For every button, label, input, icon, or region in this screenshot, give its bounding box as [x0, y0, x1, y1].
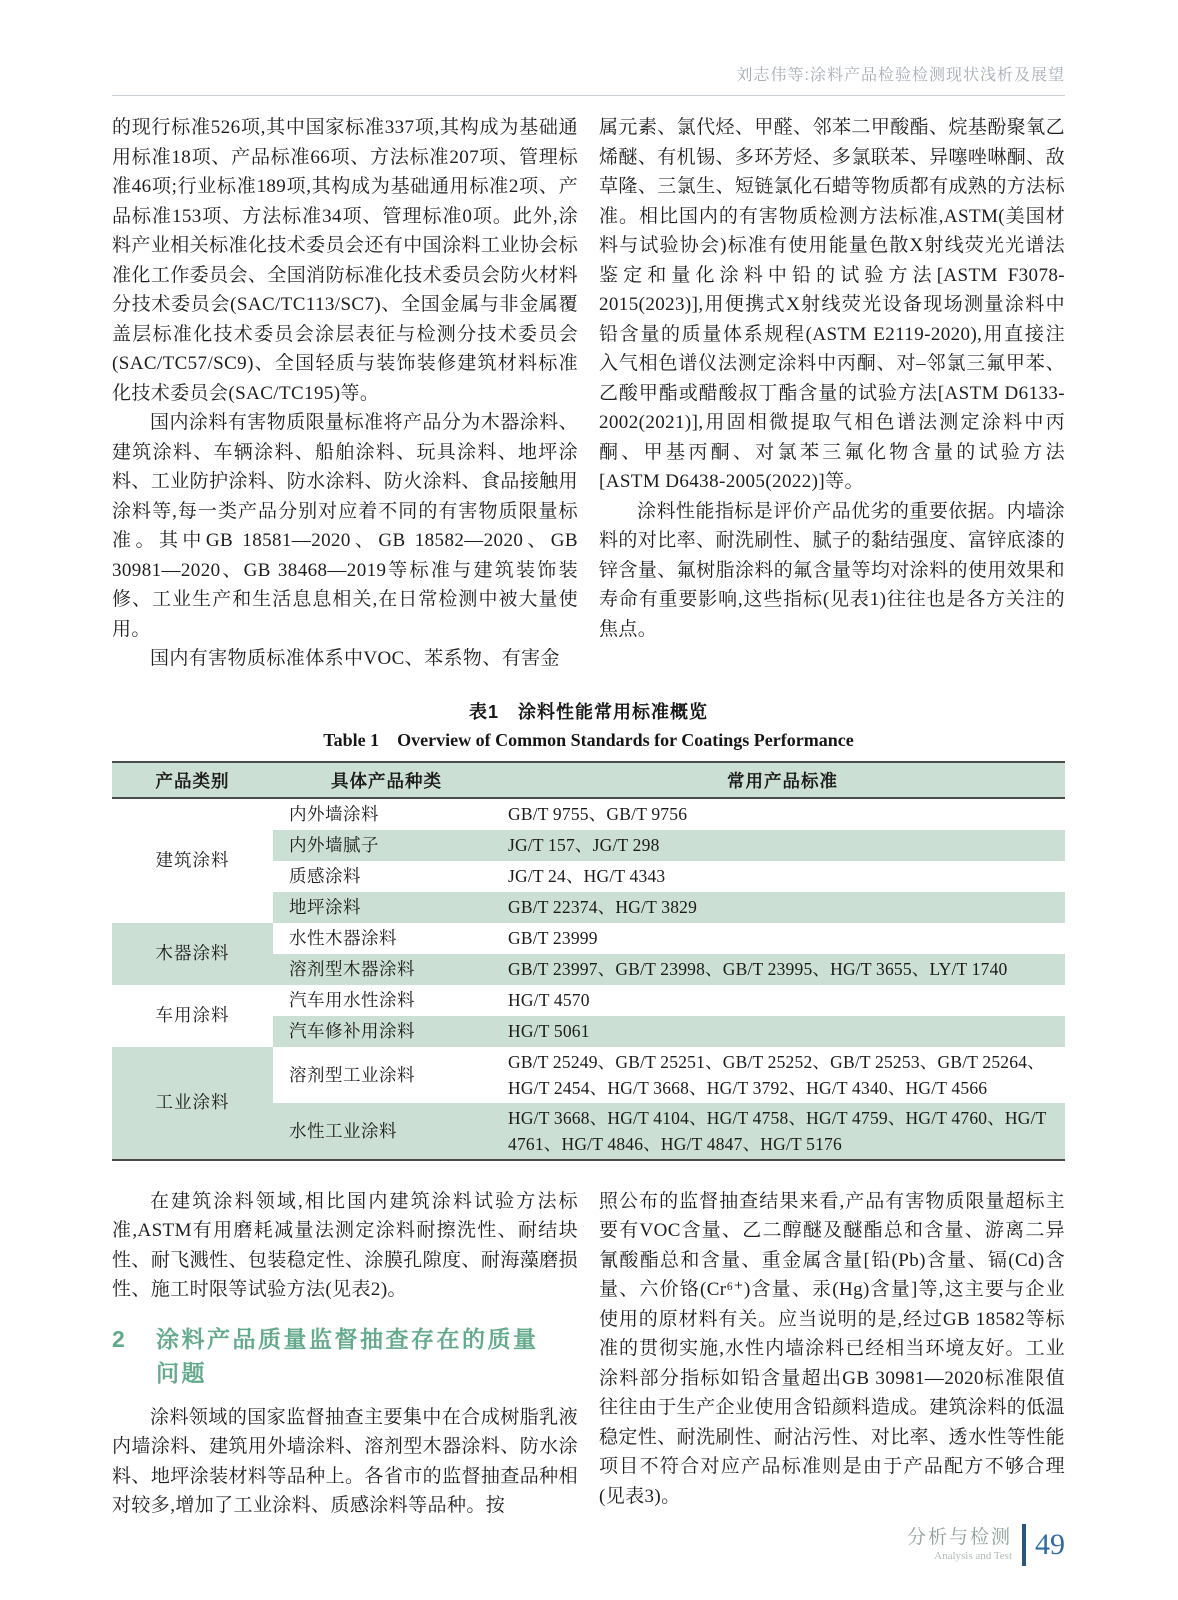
standards-cell: JG/T 24、HG/T 4343: [500, 861, 1065, 892]
footer-section-label: 分析与检测 Analysis and Test: [907, 1527, 1012, 1563]
paragraph: 涂料性能指标是评价产品优劣的重要依据。内墙涂料的对比率、耐洗刷性、腻子的黏结强度…: [599, 497, 1065, 645]
body-top-columns: 的现行标准526项,其中国家标准337项,其构成为基础通用标准18项、产品标准6…: [112, 113, 1065, 674]
paragraph: 的现行标准526项,其中国家标准337项,其构成为基础通用标准18项、产品标准6…: [112, 113, 578, 408]
standards-cell: HG/T 4570: [500, 985, 1065, 1016]
table1-title-zh: 表1 涂料性能常用标准概览: [112, 700, 1065, 724]
table1-block: 表1 涂料性能常用标准概览 Table 1 Overview of Common…: [112, 700, 1065, 1161]
category-cell: 木器涂料: [112, 923, 273, 985]
product-cell: 内外墙腻子: [273, 830, 500, 861]
product-cell: 内外墙涂料: [273, 798, 500, 830]
standards-cell: HG/T 3668、HG/T 4104、HG/T 4758、HG/T 4759、…: [500, 1103, 1065, 1160]
standards-table: 产品类别 具体产品种类 常用产品标准 建筑涂料 内外墙涂料 GB/T 9755、…: [112, 761, 1065, 1161]
left-column-bottom: 在建筑涂料领域,相比国内建筑涂料试验方法标准,ASTM有用磨耗减量法测定涂料耐擦…: [112, 1187, 578, 1521]
category-cell: 工业涂料: [112, 1047, 273, 1160]
column-header-standards: 常用产品标准: [500, 762, 1065, 798]
paragraph: 涂料领域的国家监督抽查主要集中在合成树脂乳液内墙涂料、建筑用外墙涂料、溶剂型木器…: [112, 1403, 578, 1521]
category-cell: 车用涂料: [112, 985, 273, 1047]
paragraph: 照公布的监督抽查结果来看,产品有害物质限量超标主要有VOC含量、乙二醇醚及醚酯总…: [599, 1187, 1065, 1512]
paragraph: 在建筑涂料领域,相比国内建筑涂料试验方法标准,ASTM有用磨耗减量法测定涂料耐擦…: [112, 1187, 578, 1305]
standards-cell: GB/T 25249、GB/T 25251、GB/T 25252、GB/T 25…: [500, 1047, 1065, 1103]
product-cell: 汽车用水性涂料: [273, 985, 500, 1016]
paragraph: 国内涂料有害物质限量标准将产品分为木器涂料、建筑涂料、车辆涂料、船舶涂料、玩具涂…: [112, 408, 578, 644]
product-cell: 地坪涂料: [273, 892, 500, 923]
right-column-top: 属元素、氯代烃、甲醛、邻苯二甲酸酯、烷基酚聚氧乙烯醚、有机锡、多环芳烃、多氯联苯…: [599, 113, 1065, 674]
journal-page: 刘志伟等:涂料产品检验检测现状浅析及展望 的现行标准526项,其中国家标准337…: [0, 0, 1178, 1600]
paragraph: 国内有害物质标准体系中VOC、苯系物、有害金: [112, 644, 578, 674]
header-rule: [112, 95, 1065, 96]
table-header-row: 产品类别 具体产品种类 常用产品标准: [112, 762, 1065, 798]
table-row: 车用涂料 汽车用水性涂料 HG/T 4570: [112, 985, 1065, 1016]
footer-section-zh: 分析与检测: [907, 1527, 1012, 1549]
section-number: 2: [112, 1322, 156, 1390]
footer-section-en: Analysis and Test: [907, 1550, 1012, 1563]
table-row: 工业涂料 溶剂型工业涂料 GB/T 25249、GB/T 25251、GB/T …: [112, 1047, 1065, 1103]
product-cell: 溶剂型木器涂料: [273, 954, 500, 985]
running-header-title: 刘志伟等:涂料产品检验检测现状浅析及展望: [112, 66, 1065, 86]
standards-cell: GB/T 9755、GB/T 9756: [500, 798, 1065, 830]
table-row: 木器涂料 水性木器涂料 GB/T 23999: [112, 923, 1065, 954]
page-number: 49: [1035, 1528, 1065, 1562]
product-cell: 溶剂型工业涂料: [273, 1047, 500, 1103]
table-row: 建筑涂料 内外墙涂料 GB/T 9755、GB/T 9756: [112, 798, 1065, 830]
page-footer: 分析与检测 Analysis and Test 49: [907, 1524, 1065, 1566]
footer-divider-bar: [1022, 1524, 1026, 1566]
column-header-product: 具体产品种类: [273, 762, 500, 798]
right-column-bottom: 照公布的监督抽查结果来看,产品有害物质限量超标主要有VOC含量、乙二醇醚及醚酯总…: [599, 1187, 1065, 1521]
category-cell: 建筑涂料: [112, 798, 273, 923]
section-heading: 2 涂料产品质量监督抽查存在的质量问题: [112, 1322, 578, 1390]
table1-title-en: Table 1 Overview of Common Standards for…: [112, 728, 1065, 752]
standards-cell: JG/T 157、JG/T 298: [500, 830, 1065, 861]
section-title: 涂料产品质量监督抽查存在的质量问题: [156, 1322, 558, 1390]
left-column-top: 的现行标准526项,其中国家标准337项,其构成为基础通用标准18项、产品标准6…: [112, 113, 578, 674]
standards-cell: GB/T 23999: [500, 923, 1065, 954]
product-cell: 水性木器涂料: [273, 923, 500, 954]
product-cell: 水性工业涂料: [273, 1103, 500, 1160]
page-content: 刘志伟等:涂料产品检验检测现状浅析及展望 的现行标准526项,其中国家标准337…: [0, 0, 1178, 1521]
standards-cell: GB/T 23997、GB/T 23998、GB/T 23995、HG/T 36…: [500, 954, 1065, 985]
product-cell: 质感涂料: [273, 861, 500, 892]
body-bottom-columns: 在建筑涂料领域,相比国内建筑涂料试验方法标准,ASTM有用磨耗减量法测定涂料耐擦…: [112, 1187, 1065, 1521]
paragraph: 属元素、氯代烃、甲醛、邻苯二甲酸酯、烷基酚聚氧乙烯醚、有机锡、多环芳烃、多氯联苯…: [599, 113, 1065, 497]
standards-cell: HG/T 5061: [500, 1016, 1065, 1047]
column-header-category: 产品类别: [112, 762, 273, 798]
standards-cell: GB/T 22374、HG/T 3829: [500, 892, 1065, 923]
product-cell: 汽车修补用涂料: [273, 1016, 500, 1047]
